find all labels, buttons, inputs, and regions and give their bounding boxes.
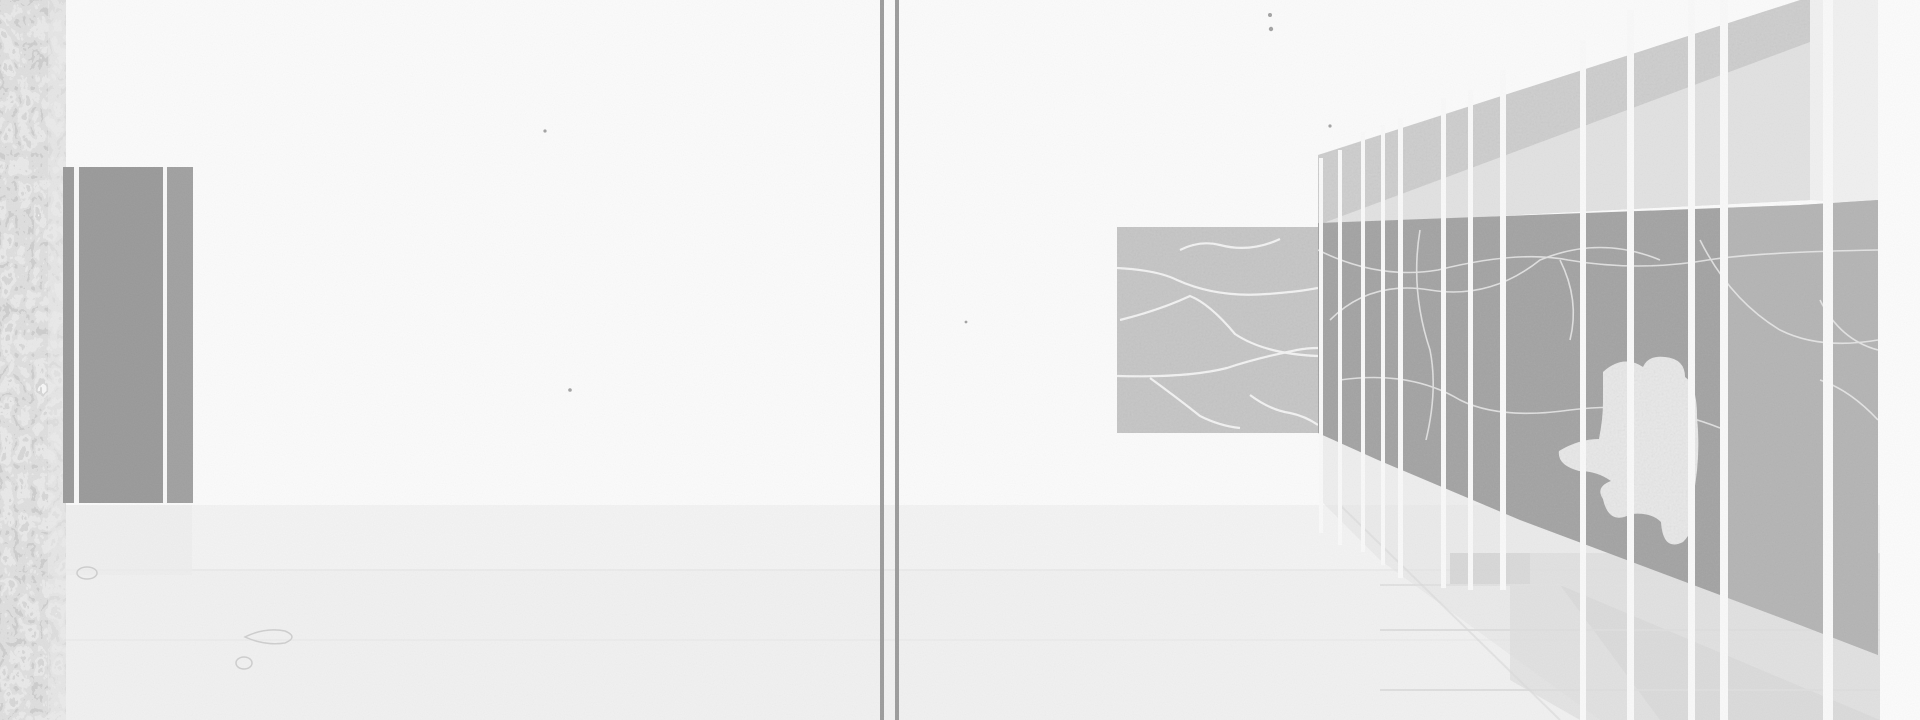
paper-grain <box>0 0 1920 720</box>
artwork-canvas <box>0 0 1920 720</box>
